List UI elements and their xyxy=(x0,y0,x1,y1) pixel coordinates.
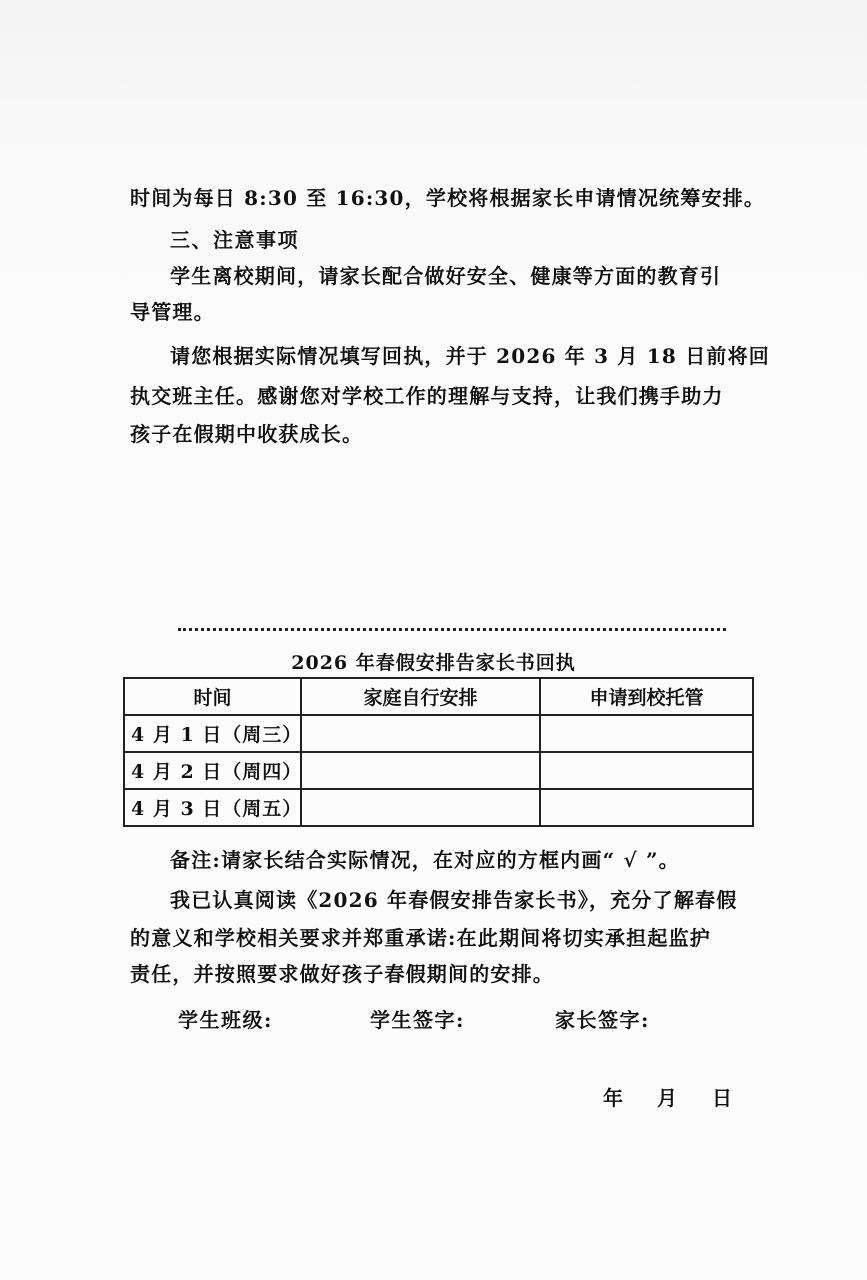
body-text-notice-1: 学生离校期间，请家长配合做好安全、健康等方面的教育引 xyxy=(170,264,721,288)
body-text-notice-2: 导管理。 xyxy=(130,300,215,324)
body-text-return-3: 孩子在假期中收获成长。 xyxy=(130,422,363,446)
column-header-time: 时间 xyxy=(124,678,301,715)
parent-signature-label: 家长签字: xyxy=(555,1004,650,1033)
receipt-note: 备注:请家长结合实际情况，在对应的方框内画“ √ ”。 xyxy=(170,848,680,872)
cut-line-divider xyxy=(178,628,726,631)
date-cell: 4 月 1 日（周三） xyxy=(124,715,301,752)
school-care-checkbox-cell[interactable] xyxy=(540,789,753,826)
document-page: 时间为每日 8:30 至 16:30，学校将根据家长申请情况统筹安排。 三、注意… xyxy=(0,0,867,1280)
table-row: 4 月 1 日（周三） xyxy=(124,715,753,752)
table-header-row: 时间 家庭自行安排 申请到校托管 xyxy=(124,678,753,715)
date-month-label: 月 xyxy=(657,1082,677,1111)
date-cell: 4 月 3 日（周五） xyxy=(124,789,301,826)
pledge-text-2: 的意义和学校相关要求并郑重承诺:在此期间将切实承担起监护 xyxy=(130,926,711,950)
body-text-return-1: 请您根据实际情况填写回执，并于 2026 年 3 月 18 日前将回 xyxy=(170,344,770,368)
section-heading-notes: 三、注意事项 xyxy=(170,228,299,252)
table-row: 4 月 3 日（周五） xyxy=(124,789,753,826)
table-row: 4 月 2 日（周四） xyxy=(124,752,753,789)
pledge-text-1: 我已认真阅读《2026 年春假安排告家长书》，充分了解春假 xyxy=(170,888,737,912)
receipt-title: 2026 年春假安排告家长书回执 xyxy=(0,648,867,675)
home-arrangement-checkbox-cell[interactable] xyxy=(301,789,540,826)
student-signature-label: 学生签字: xyxy=(370,1004,465,1033)
home-arrangement-checkbox-cell[interactable] xyxy=(301,715,540,752)
pledge-text-3: 责任，并按照要求做好孩子春假期间的安排。 xyxy=(130,962,554,986)
column-header-home-arrangement: 家庭自行安排 xyxy=(301,678,540,715)
home-arrangement-checkbox-cell[interactable] xyxy=(301,752,540,789)
school-care-checkbox-cell[interactable] xyxy=(540,752,753,789)
date-cell: 4 月 2 日（周四） xyxy=(124,752,301,789)
date-year-label: 年 xyxy=(603,1082,623,1111)
receipt-table: 时间 家庭自行安排 申请到校托管 4 月 1 日（周三） 4 月 2 日（周四）… xyxy=(123,677,754,827)
body-text-return-2: 执交班主任。感谢您对学校工作的理解与支持，让我们携手助力 xyxy=(130,384,724,408)
date-day-label: 日 xyxy=(712,1082,732,1111)
school-care-checkbox-cell[interactable] xyxy=(540,715,753,752)
student-class-label: 学生班级: xyxy=(178,1004,273,1033)
column-header-school-care: 申请到校托管 xyxy=(540,678,753,715)
body-text-time: 时间为每日 8:30 至 16:30，学校将根据家长申请情况统筹安排。 xyxy=(130,186,765,210)
